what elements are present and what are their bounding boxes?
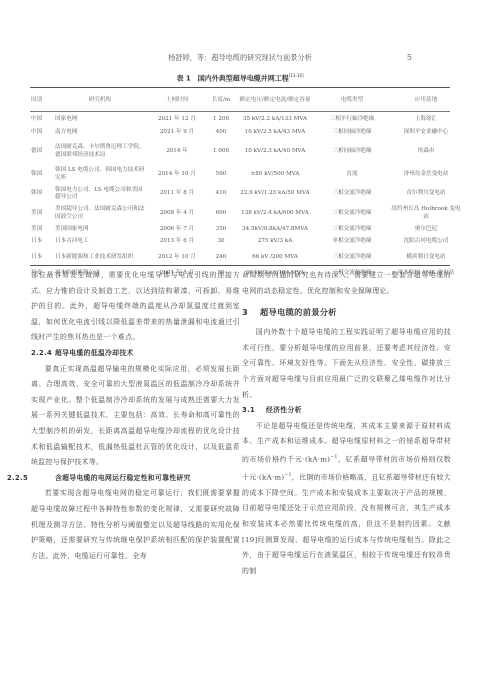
cell-site: 横滨朝日变电站 [388, 248, 464, 267]
cell-cable-type: 三相交流冷绝缘 [316, 204, 388, 223]
table-row: 中国南方电网2021 年 9 月40010 kV/2.5 kA/43 MVA三相… [30, 126, 464, 138]
cell-cable-type: 三相平行轴冷绝缘 [316, 114, 388, 126]
cell-length: 30 [208, 236, 234, 248]
cell-cable-type: 三相同轴冷绝缘 [316, 139, 388, 165]
cell-institution: 日本新能源和工业技术研发组织 [54, 248, 146, 267]
cell-institution: 韩国电力公司、LS 电缆公司和美国超导公司 [54, 185, 146, 204]
header-site: 应用基地 [388, 88, 464, 114]
paragraph: 国内外数十个超导电缆的工程实践证明了超导电缆应用的技术可行性，要分析超导电缆的应… [242, 325, 451, 403]
cell-time: 2013 年 6 月 [146, 236, 208, 248]
cell-country: 日本 [30, 248, 54, 267]
cell-site: 上海徐汇 [388, 114, 464, 126]
cell-time: 2011 年 8 月 [146, 185, 208, 204]
paragraph: 部位最容易发生故障，需要优化电缆导体与电流引线的连接方式、应力锥的设计及制造工艺… [31, 268, 240, 346]
heading-title: 超导电缆的低温冷却技术 [55, 349, 134, 357]
cell-rating: 22.9 kV/1.25 kA/50 MVA [234, 185, 316, 204]
header-length: 长度/m [208, 88, 234, 114]
cell-cable-type: 三相交流冷绝缘 [316, 185, 388, 204]
cell-country: 韩国 [30, 165, 54, 184]
table-caption: 表 1 国内外典型超导电缆并网工程[13-14] [30, 73, 450, 83]
cell-institution: 国家电网 [54, 114, 146, 126]
heading-title: 含超导电缆的电网运行稳定性和可靠性研究 [55, 474, 191, 482]
cell-cable-type: 直流 [316, 165, 388, 184]
section-heading-3: 3超导电缆的前景分析 [242, 305, 451, 319]
cell-country: 美国 [30, 223, 54, 235]
table-row: 韩国韩国 LS 电缆公司、韩国电力技术研究所2014 年 10 月500±80 … [30, 165, 464, 184]
cell-time: 2014 年 [146, 139, 208, 165]
heading-number: 2.2.4 [31, 346, 55, 362]
cell-institution: 法国耐克森、卡尔斯鲁厄理工学院、德国联邦经济技术局 [54, 139, 146, 165]
cell-institution: 韩国 LS 电缆公司、韩国电力技术研究所 [54, 165, 146, 184]
cell-institution: 美国超导公司、法国耐克森公司和法国液空公司 [54, 204, 146, 223]
superscript: −1 [330, 455, 337, 460]
subsection-heading-2-2-5: 2.2.5含超导电缆的电网运行稳定性和可靠性研究 [31, 471, 240, 487]
paragraph: 若要实现含超导电缆电网的稳定可靠运行，我们既需要掌握超导电缆故障过程中各种特性参… [31, 486, 240, 564]
cell-site: 深圳平安金融中心 [388, 126, 464, 138]
text-run: ，比铜的市场价格略高，且钇系超导带材还有较大的成本下降空间。生产成本和安装成本主… [242, 473, 451, 575]
cell-time: 2012 年 10 月 [146, 248, 208, 267]
cell-time: 2021 年 9 月 [146, 126, 208, 138]
cell-time: 2021 年 12 月 [146, 114, 208, 126]
header-country: 国别 [30, 88, 54, 114]
superscript: −1 [284, 473, 291, 478]
cell-site: 济州岛金岳变电站 [388, 165, 464, 184]
cell-institution: 美国国家电网 [54, 223, 146, 235]
table-row: 日本日本新能源和工业技术研发组织2012 年 10 月24066 kV /200… [30, 248, 464, 267]
paragraph: 不论是超导电缆还是传统电缆，其成本主要来源于原材料成本、生产成本和运维成本。超导… [242, 419, 451, 580]
right-column: 命周期等问题的研究也有待深入，需要建立一整套含超导电缆的电网的动态稳定性、优化控… [242, 268, 451, 579]
running-head: 杨舒婷，等：超导电缆的研究现状与前景分析 5 [0, 53, 480, 65]
paragraph: 命周期等问题的研究也有待深入，需要建立一整套含超导电缆的电网的动态稳定性、优化控… [242, 268, 451, 299]
table-row: 德国法国耐克森、卡尔斯鲁厄理工学院、德国联邦经济技术局2014 年1 00010… [30, 139, 464, 165]
subsection-heading-3-1: 3.1经济性分析 [242, 403, 451, 419]
cell-length: 500 [208, 165, 234, 184]
cell-cable-type: 三相交流冷绝缘 [316, 248, 388, 267]
cell-rating: 10 kV/2.3 kA/40 MVA [234, 139, 316, 165]
cell-rating: 138 kV/2.4 kA/600 MVA [234, 204, 316, 223]
cell-rating: 34.5kV/0.8kA/47.8MVA [234, 223, 316, 235]
paragraph: 要真正实现高温超导输电的规模化实际应用，必须发展长距离、合理高效、安全可靠的大型… [31, 362, 240, 471]
cell-time: 2006 年 7 月 [146, 223, 208, 235]
projects-table: 国别 研究机构 上网时间 长度/m 额定电压/额定电流/额定容量 电缆类型 应用… [30, 88, 464, 280]
header-rating: 额定电压/额定电流/额定容量 [234, 88, 316, 114]
cell-rating: 35 kV/2.2 kA/133 MVA [234, 114, 316, 126]
left-column: 部位最容易发生故障，需要优化电缆导体与电流引线的连接方式、应力锥的设计及制造工艺… [31, 268, 240, 564]
cell-country: 德国 [30, 139, 54, 165]
cell-country: 美国 [30, 204, 54, 223]
header-time: 上网时间 [146, 88, 208, 114]
heading-number: 3.1 [242, 403, 266, 419]
cell-length: 350 [208, 223, 234, 235]
table-header-row: 国别 研究机构 上网时间 长度/m 额定电压/额定电流/额定容量 电缆类型 应用… [30, 88, 464, 114]
cell-cable-type: 三相交流冷绝缘 [316, 223, 388, 235]
cell-institution: 日本古河电工 [54, 236, 146, 248]
cell-site: 沈阳古河电缆公司 [388, 236, 464, 248]
cell-country: 中国 [30, 126, 54, 138]
cell-cable-type: 单相交流冷绝缘 [316, 236, 388, 248]
cell-rating: 275 kV/3 kA [234, 236, 316, 248]
table-row: 日本日本古河电工2013 年 6 月30275 kV/3 kA单相交流冷绝缘沈阳… [30, 236, 464, 248]
cell-length: 600 [208, 204, 234, 223]
table-row: 美国美国超导公司、法国耐克森公司和法国液空公司2008 年 4 月600138 … [30, 204, 464, 223]
table-body: 中国国家电网2021 年 12 月1 20035 kV/2.2 kA/133 M… [30, 114, 464, 280]
heading-title: 超导电缆的前景分析 [260, 307, 337, 317]
heading-number: 3 [242, 305, 260, 319]
heading-title: 经济性分析 [266, 406, 302, 414]
cell-time: 2014 年 10 月 [146, 165, 208, 184]
cell-rating: 10 kV/2.5 kA/43 MVA [234, 126, 316, 138]
cell-site: 纽约州长岛 Holbrook 变电站 [388, 204, 464, 223]
cell-rating: 66 kV /200 MVA [234, 248, 316, 267]
cell-site: 首尔利川变电站 [388, 185, 464, 204]
cell-length: 1 200 [208, 114, 234, 126]
cell-site: 埃森市 [388, 139, 464, 165]
cell-length: 1 000 [208, 139, 234, 165]
cell-country: 中国 [30, 114, 54, 126]
page-number: 5 [407, 53, 412, 62]
cell-length: 240 [208, 248, 234, 267]
cell-site: 奥尔巴尼 [388, 223, 464, 235]
subsection-heading-2-2-4: 2.2.4超导电缆的低温冷却技术 [31, 346, 240, 362]
heading-number: 2.2.5 [31, 471, 55, 487]
table-caption-text: 表 1 国内外典型超导电缆并网工程 [176, 74, 288, 82]
header-cable-type: 电缆类型 [316, 88, 388, 114]
cell-country: 韩国 [30, 185, 54, 204]
table-row: 美国美国国家电网2006 年 7 月35034.5kV/0.8kA/47.8MV… [30, 223, 464, 235]
cell-rating: ±80 kV/500 MVA [234, 165, 316, 184]
cell-length: 410 [208, 185, 234, 204]
cell-cable-type: 三相同轴冷绝缘 [316, 126, 388, 138]
table-caption-ref: [13-14] [289, 73, 304, 78]
table-row: 韩国韩国电力公司、LS 电缆公司和美国超导公司2011 年 8 月41022.9… [30, 185, 464, 204]
cell-country: 日本 [30, 236, 54, 248]
table-row: 中国国家电网2021 年 12 月1 20035 kV/2.2 kA/133 M… [30, 114, 464, 126]
header-institution: 研究机构 [54, 88, 146, 114]
cell-length: 400 [208, 126, 234, 138]
cell-time: 2008 年 4 月 [146, 204, 208, 223]
cell-institution: 南方电网 [54, 126, 146, 138]
